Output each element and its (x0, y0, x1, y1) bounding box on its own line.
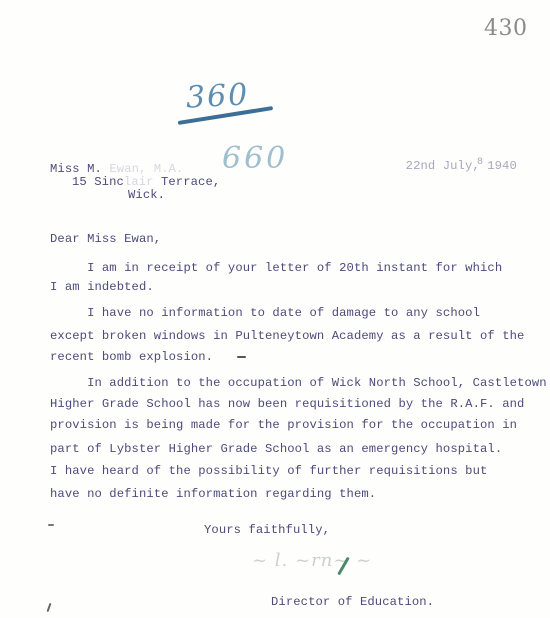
body-line: I have heard of the possibility of furth… (50, 465, 487, 477)
signature: ~ l. ~rn~ ~ (252, 550, 372, 571)
body-line: In addition to the occupation of Wick No… (50, 377, 547, 389)
salutation: Dear Miss Ewan, (50, 233, 161, 245)
street-suffix: Terrace, (161, 175, 220, 189)
letter-date: 22nd July, 1940 (376, 148, 517, 185)
body-line: Higher Grade School has now been requisi… (50, 398, 524, 410)
recipient-name-faded: Ewan, M.A. (109, 162, 183, 176)
body-line: I am in receipt of your letter of 20th i… (50, 262, 502, 274)
recipient-line-3: Wick. (128, 189, 165, 201)
body-line: part of Lybster Higher Grade School as a… (50, 443, 502, 455)
signatory-title: Director of Education. (271, 596, 434, 608)
body-line: recent bomb explosion. (50, 351, 213, 363)
street-faded: lair (124, 175, 154, 189)
stray-ink-mark (47, 603, 52, 612)
body-line: have no definite information regarding t… (50, 488, 376, 500)
body-line: I am indebted. (50, 281, 154, 293)
letter-page: 430 360 660 22nd July, 1940 8 Miss M. Ew… (0, 0, 550, 618)
body-line: provision is being made for the provisio… (50, 419, 517, 431)
stray-ink-mark (48, 524, 54, 526)
body-line: I have no information to date of damage … (50, 307, 480, 319)
street-prefix: 15 Sinc (72, 175, 124, 189)
handwritten-number-top: 360 (185, 77, 250, 115)
archive-number: 430 (484, 16, 528, 41)
date-overstrike: 8 (477, 158, 483, 168)
recipient-name: Miss M. (50, 162, 102, 176)
stray-ink-mark (237, 356, 246, 358)
closing: Yours faithfully, (204, 524, 330, 536)
recipient-line-2: 15 Sinclair Terrace, (72, 176, 220, 188)
recipient-line-1: Miss M. Ewan, M.A. (50, 163, 183, 175)
handwritten-number-lower: 660 (222, 141, 288, 176)
date-text: 22nd July, 1940 (406, 159, 517, 173)
body-line: except broken windows in Pulteneytown Ac… (50, 330, 524, 342)
